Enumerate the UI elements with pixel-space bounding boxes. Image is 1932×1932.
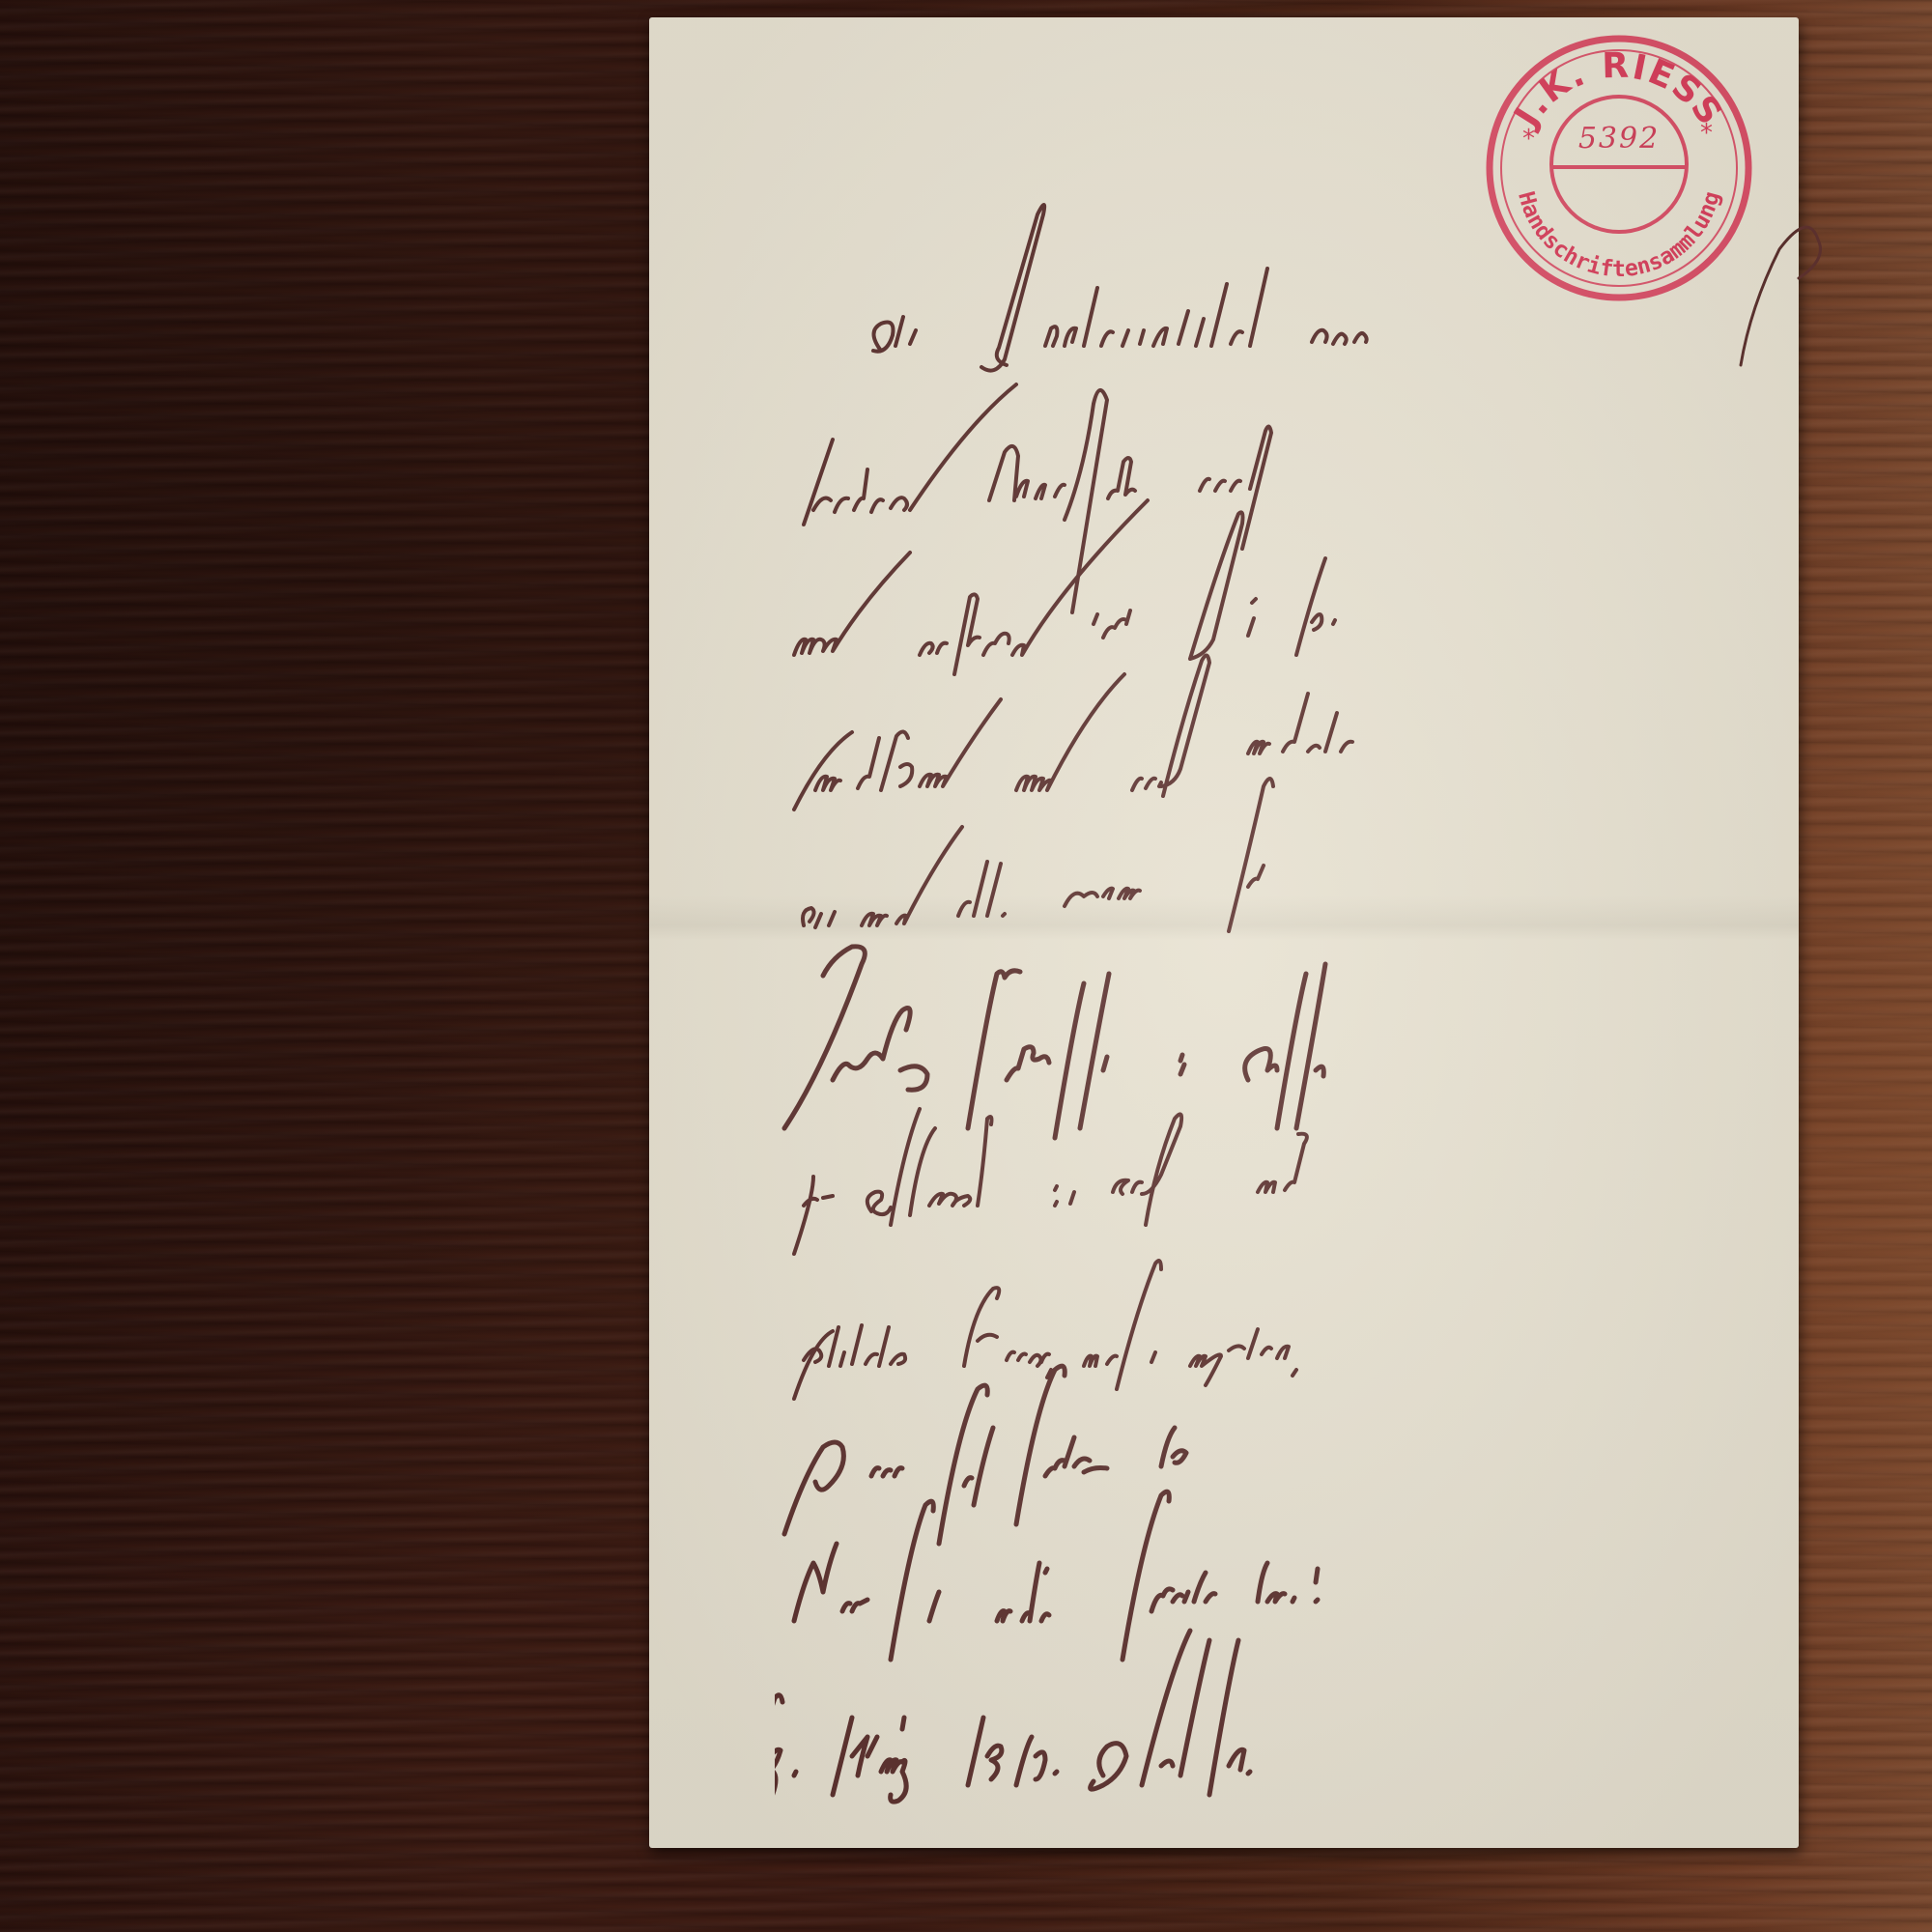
letter-body: Die Individualität eines bedeutenden Men… — [649, 17, 1799, 1848]
letter-sheet: J.K. RIESS Handschriftensammlung * * 539… — [649, 17, 1799, 1848]
